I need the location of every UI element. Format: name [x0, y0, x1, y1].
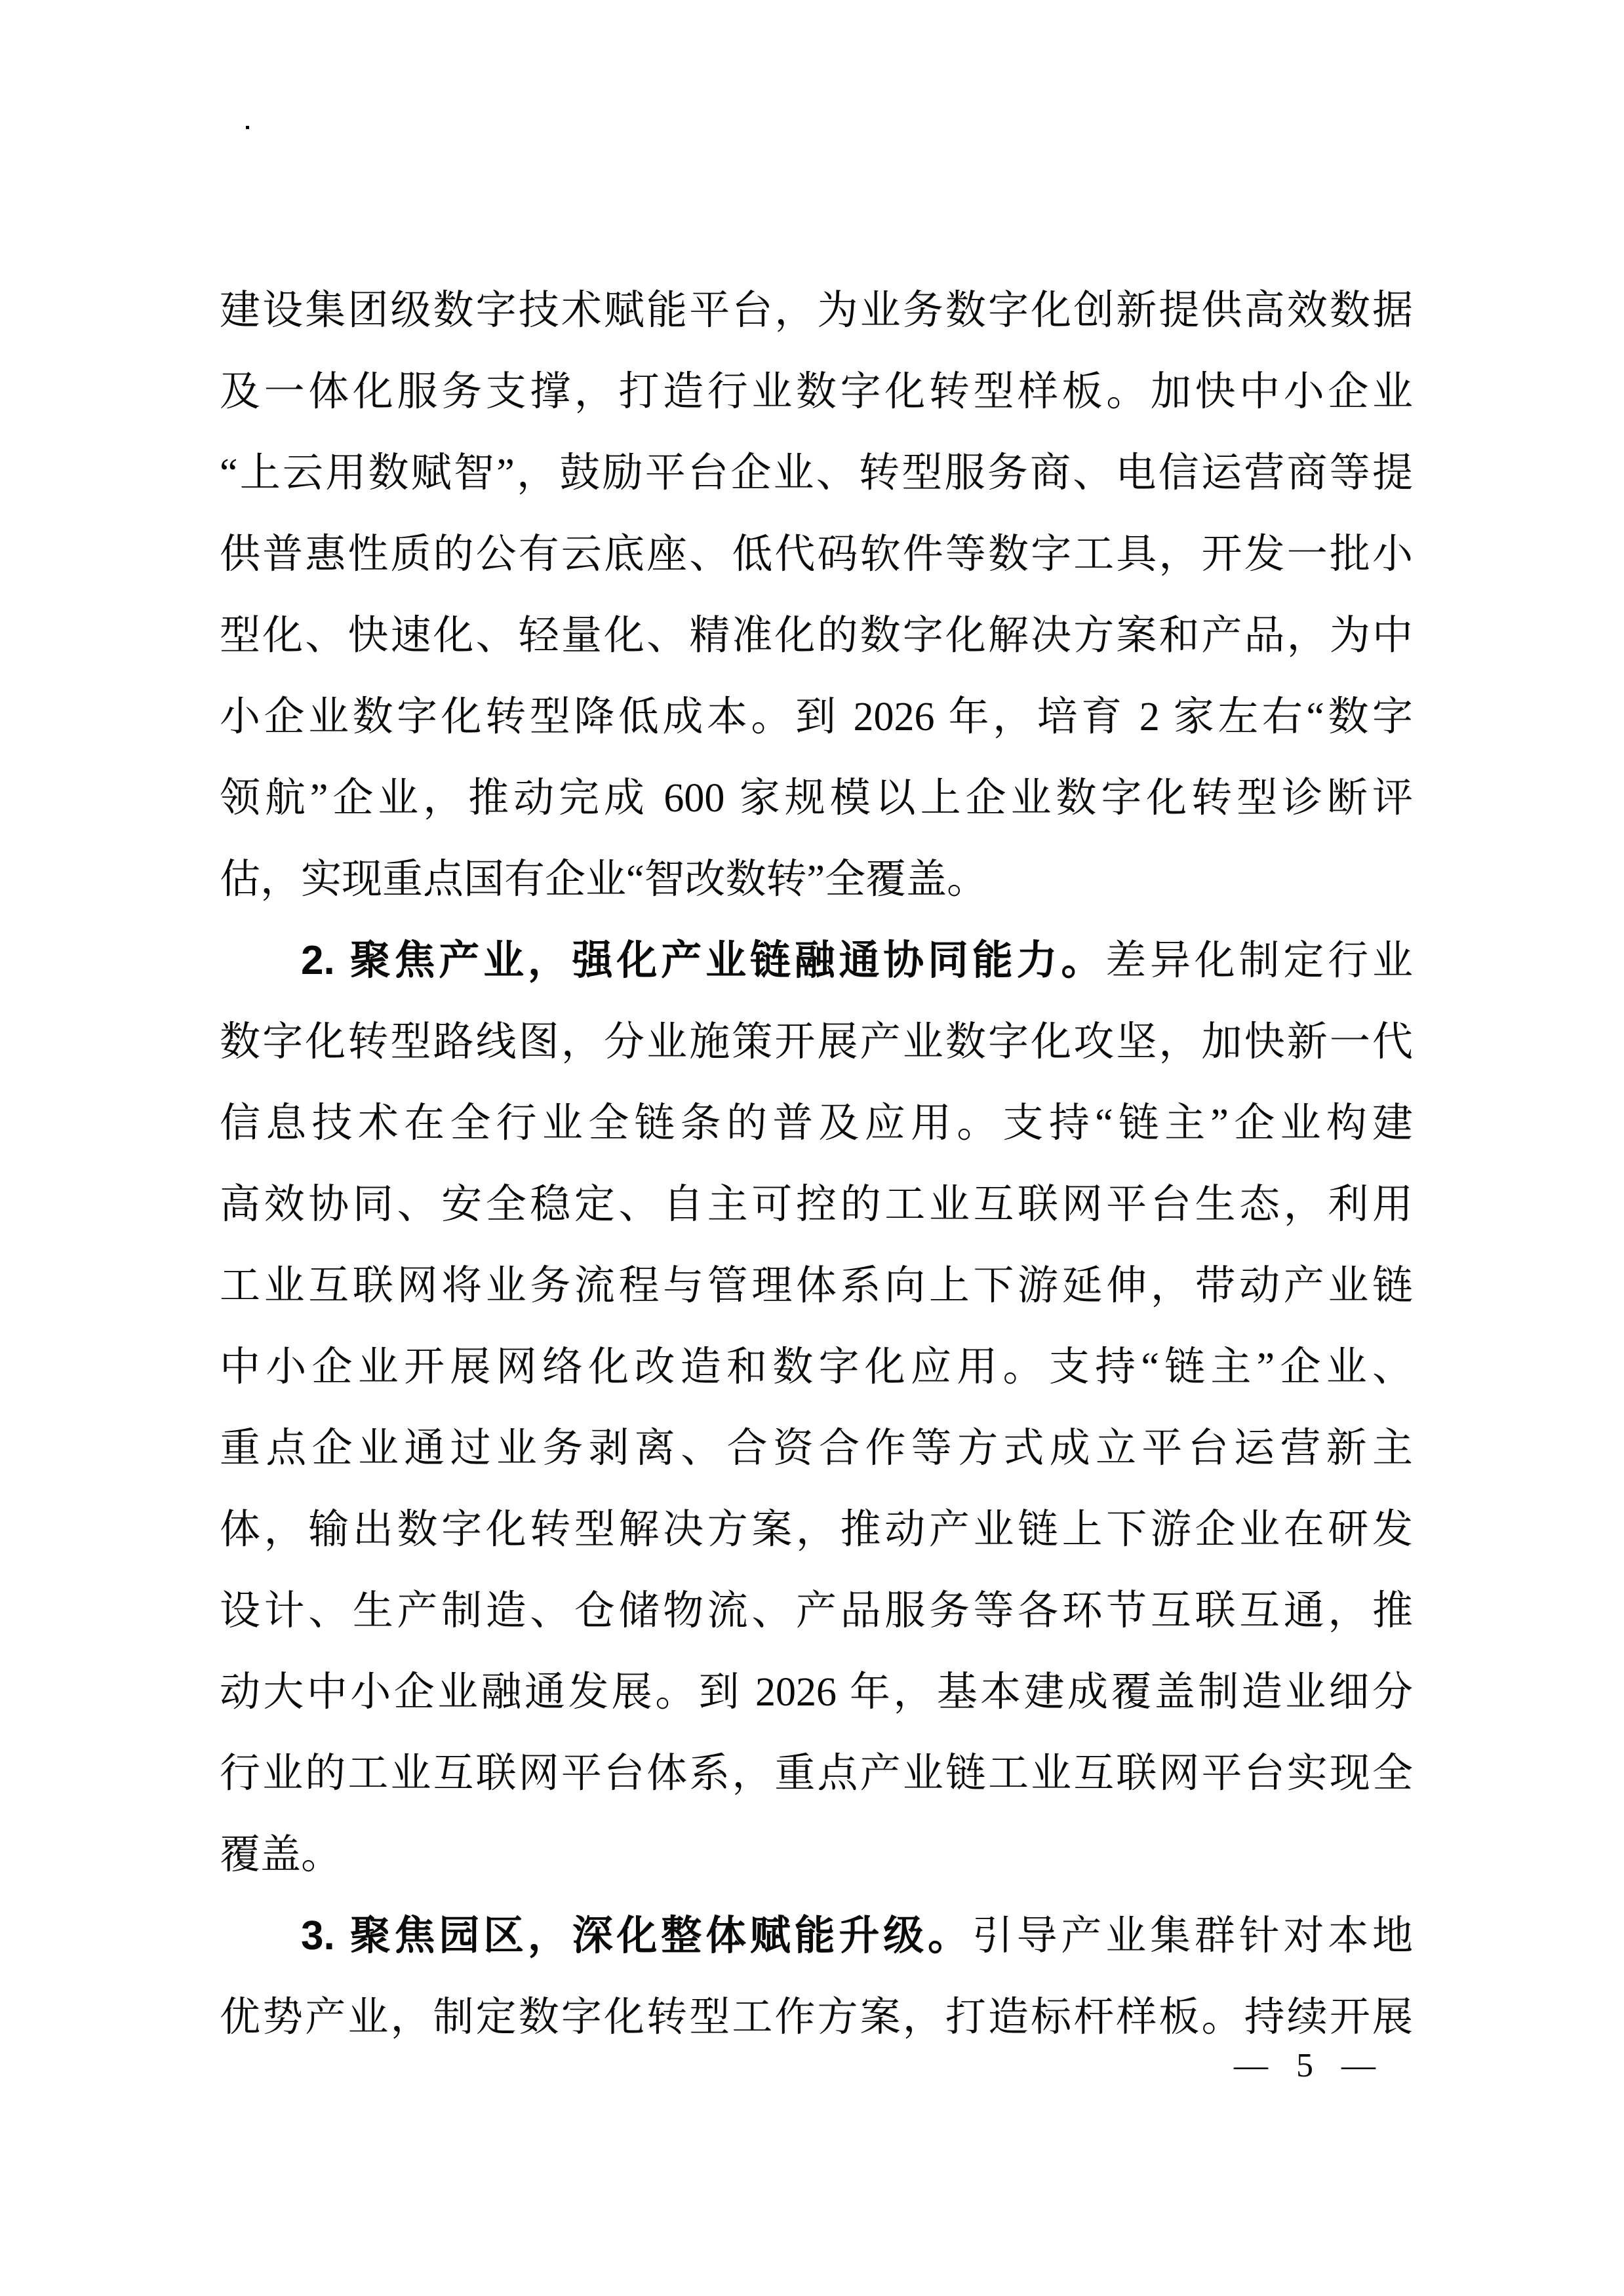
text-line: 行业的工业互联网平台体系，重点产业链工业互联网平台实现全 [220, 1733, 1413, 1814]
text-line: 动大中小企业融通发展。到 2026 年，基本建成覆盖制造业细分 [220, 1652, 1413, 1733]
text-line: 建设集团级数字技术赋能平台，为业务数字化创新提供高效数据 [220, 270, 1413, 351]
text-line: 工业互联网将业务流程与管理体系向上下游延伸，带动产业链 [220, 1245, 1413, 1327]
text-line: 估，实现重点国有企业“智改数转”全覆盖。 [220, 839, 1413, 920]
text-line: 体，输出数字化转型解决方案，推动产业链上下游企业在研发 [220, 1489, 1413, 1570]
text-line: 设计、生产制造、仓储物流、产品服务等各环节互联互通，推 [220, 1570, 1413, 1652]
scan-artifact-dot [246, 126, 249, 129]
text-line: 型化、快速化、轻量化、精准化的数字化解决方案和产品，为中 [220, 595, 1413, 676]
text-line: 及一体化服务支撑，打造行业数字化转型样板。加快中小企业 [220, 351, 1413, 433]
text-block: 建设集团级数字技术赋能平台，为业务数字化创新提供高效数据及一体化服务支撑，打造行… [220, 270, 1413, 2058]
page-number: — 5 — [1234, 2046, 1377, 2086]
text-line: 供普惠性质的公有云底座、低代码软件等数字工具，开发一批小 [220, 514, 1413, 595]
bold-heading: 2. 聚焦产业，强化产业链融通协同能力。 [301, 938, 1105, 983]
bold-heading: 3. 聚焦园区，深化整体赋能升级。 [301, 1913, 972, 1958]
text-line: 数字化转型路线图，分业施策开展产业数字化攻坚，加快新一代 [220, 1002, 1413, 1083]
text-line: 3. 聚焦园区，深化整体赋能升级。引导产业集群针对本地 [220, 1896, 1413, 1977]
text-line: 中小企业开展网络化改造和数字化应用。支持“链主”企业、 [220, 1327, 1413, 1408]
document-page: 建设集团级数字技术赋能平台，为业务数字化创新提供高效数据及一体化服务支撑，打造行… [0, 0, 1624, 2296]
text-line: “上云用数赋智”，鼓励平台企业、转型服务商、电信运营商等提 [220, 433, 1413, 514]
text-line: 信息技术在全行业全链条的普及应用。支持“链主”企业构建 [220, 1083, 1413, 1164]
text-line: 领航”企业，推动完成 600 家规模以上企业数字化转型诊断评 [220, 758, 1413, 839]
text-line: 重点企业通过业务剥离、合资合作等方式成立平台运营新主 [220, 1408, 1413, 1489]
text-line: 覆盖。 [220, 1814, 1413, 1896]
text-line: 高效协同、安全稳定、自主可控的工业互联网平台生态，利用 [220, 1164, 1413, 1245]
text-line: 2. 聚焦产业，强化产业链融通协同能力。差异化制定行业 [220, 920, 1413, 1002]
text-line: 小企业数字化转型降低成本。到 2026 年，培育 2 家左右“数字 [220, 676, 1413, 758]
